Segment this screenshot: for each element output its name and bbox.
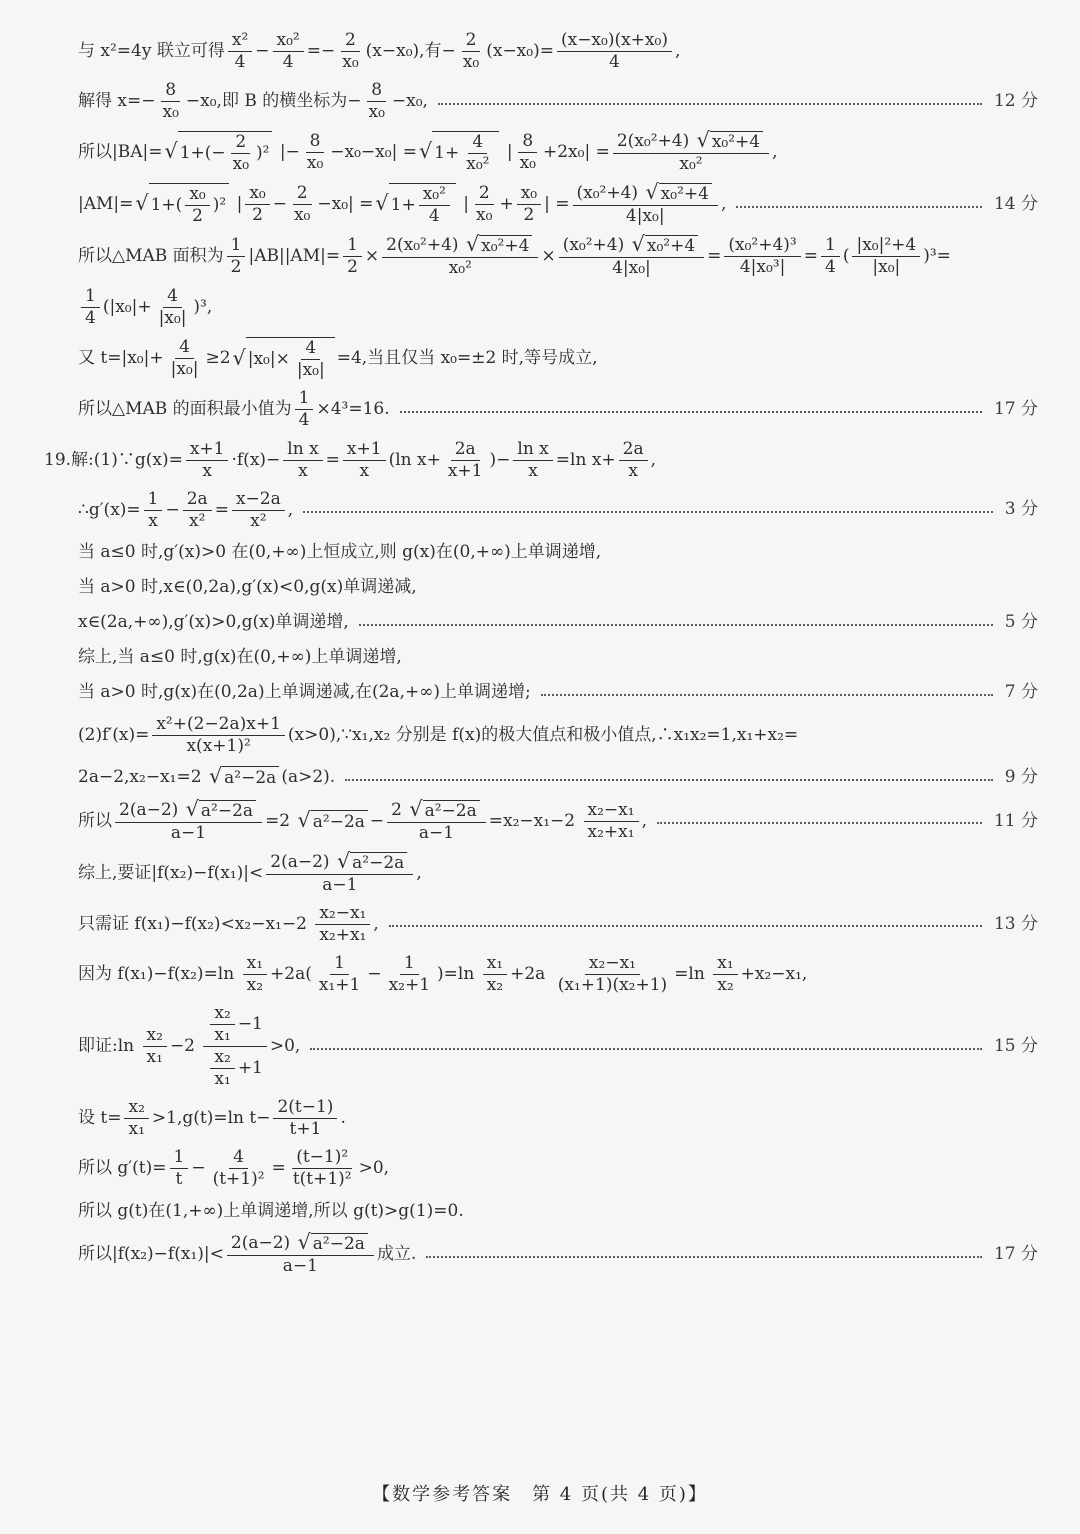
fraction: x₂x₁−1x₂x₁+1	[203, 1004, 266, 1089]
fraction: x²+(2−2a)x+1x(x+1)²	[152, 715, 285, 756]
solution-line: 14(|x₀|+4|x₀|)³,	[78, 287, 1038, 328]
solution-line: 综上,当 a≤0 时,g(x)在(0,+∞)上单调递增,	[78, 645, 1038, 671]
fraction: 2(a−2) √a²−2aa−1	[227, 1233, 374, 1276]
fraction: 1t	[170, 1148, 189, 1189]
solution-line: 所以|f(x₂)−f(x₁)|<2(a−2) √a²−2aa−1成立.17 分	[78, 1233, 1038, 1276]
fraction: x₂−x₁x₂+x₁	[315, 904, 370, 945]
solution-line: 解得 x=−8x₀−x₀,即 B 的横坐标为−8x₀−x₀,12 分	[78, 81, 1038, 122]
score-mark: 12 分	[994, 91, 1038, 112]
fraction: 4(t+1)²	[209, 1148, 269, 1189]
radical: √x₀²+4	[697, 131, 764, 152]
fraction: 14	[81, 287, 100, 328]
solution-line: 又 t=|x₀|+4|x₀|≥2√|x₀|×4|x₀|=4,当且仅当 x₀=±2…	[78, 337, 1038, 380]
solution-line: 所以△MAB 面积为12|AB||AM|=12×2(x₀²+4) √x₀²+4x…	[78, 235, 1038, 278]
solution-line: |AM|=√1+(x₀2)² |x₀2−2x₀−x₀| =√1+x₀²4 |2x…	[78, 183, 1038, 226]
radical: √|x₀|×4|x₀|	[233, 337, 335, 380]
dotted-leader	[438, 103, 982, 105]
fraction: x₀2	[517, 184, 541, 225]
radical-sign-icon: √	[466, 234, 479, 255]
fraction: x₂x₁	[210, 1048, 234, 1089]
fraction: 8x₀	[365, 81, 389, 122]
fraction: x₂−x₁(x₁+1)(x₂+1)	[554, 954, 671, 995]
fraction: x₁x₂	[713, 954, 737, 995]
solution-line: 设 t=x₂x₁>1,g(t)=ln t−2(t−1)t+1.	[78, 1098, 1038, 1139]
fraction: 4|x₀|	[167, 338, 203, 379]
math-expression: 解得 x=−8x₀−x₀,即 B 的横坐标为−8x₀−x₀,	[78, 81, 428, 122]
radical-sign-icon: √	[632, 234, 645, 255]
score-mark: 17 分	[994, 1244, 1038, 1265]
fraction: (x−x₀)(x+x₀)4	[557, 31, 672, 72]
math-expression: 当 a≤0 时,g′(x)>0 在(0,+∞)上恒成立,则 g(x)在(0,+∞…	[78, 542, 601, 563]
radical-sign-icon: √	[209, 766, 222, 787]
radical-sign-icon: √	[233, 347, 246, 368]
fraction: 2(x₀²+4) √x₀²+4x₀²	[613, 131, 769, 174]
fraction: 1x	[144, 490, 163, 531]
math-expression: 当 a>0 时,x∈(0,2a),g′(x)<0,g(x)单调递减,	[78, 577, 417, 598]
fraction: 14	[821, 236, 840, 277]
math-expression: 综上,当 a≤0 时,g(x)在(0,+∞)上单调递增,	[78, 647, 402, 668]
fraction: 2(t−1)t+1	[273, 1098, 337, 1139]
fraction: ln xx	[513, 440, 552, 481]
score-mark: 15 分	[994, 1036, 1038, 1057]
fraction: x²4	[228, 31, 252, 72]
radical: √1+(−2x₀)²	[164, 131, 272, 174]
radical-sign-icon: √	[645, 182, 658, 203]
radical-sign-icon: √	[375, 193, 388, 214]
math-expression: 只需证 f(x₁)−f(x₂)<x₂−x₁−2 x₂−x₁x₂+x₁,	[78, 904, 379, 945]
solution-line: 当 a>0 时,x∈(0,2a),g′(x)<0,g(x)单调递减,	[78, 575, 1038, 601]
solution-line: 2a−2,x₂−x₁=2 √a²−2a(a>2).9 分	[78, 765, 1038, 791]
math-expression: 所以2(a−2) √a²−2aa−1=2 √a²−2a−2 √a²−2aa−1=…	[78, 800, 647, 843]
dotted-leader	[345, 779, 993, 781]
radical-sign-icon: √	[164, 141, 177, 162]
radical: √1+(x₀2)²	[135, 183, 229, 226]
fraction: x₂x₁	[124, 1098, 148, 1139]
fraction: 2x₀	[338, 31, 362, 72]
math-expression: x∈(2a,+∞),g′(x)>0,g(x)单调递增,	[78, 612, 349, 633]
solution-line: 所以 g′(t)=1t−4(t+1)²=(t−1)²t(t+1)²>0,	[78, 1148, 1038, 1189]
radical-sign-icon: √	[135, 193, 148, 214]
dotted-leader	[541, 694, 993, 696]
radical-sign-icon: √	[697, 130, 710, 151]
fraction: (x₀²+4) √x₀²+44|x₀|	[559, 235, 704, 278]
radical-sign-icon: √	[409, 799, 422, 820]
fraction: 8x₀	[303, 132, 327, 173]
math-expression: 与 x²=4y 联立可得x²4−x₀²4=−2x₀(x−x₀),有−2x₀(x−…	[78, 31, 680, 72]
math-expression: 又 t=|x₀|+4|x₀|≥2√|x₀|×4|x₀|=4,当且仅当 x₀=±2…	[78, 337, 598, 380]
fraction: x₂−x₁x₂+x₁	[584, 801, 639, 842]
fraction: 2ax	[619, 440, 648, 481]
fraction: 8x₀	[158, 81, 182, 122]
radical-sign-icon: √	[186, 799, 199, 820]
fraction: 2x₀	[229, 133, 253, 174]
dotted-leader	[389, 925, 982, 927]
fraction: x₀²4	[419, 185, 450, 226]
score-mark: 9 分	[1005, 767, 1038, 788]
math-expression: 2a−2,x₂−x₁=2 √a²−2a(a>2).	[78, 766, 335, 789]
fraction: 1x₂+1	[385, 954, 434, 995]
math-expression: 所以|BA|=√1+(−2x₀)² |−8x₀−x₀−x₀| =√1+4x₀² …	[78, 131, 778, 174]
radical-sign-icon: √	[419, 141, 432, 162]
dotted-leader	[736, 206, 982, 208]
solution-line: 因为 f(x₁)−f(x₂)=ln x₁x₂+2a(1x₁+1−1x₂+1)=l…	[78, 954, 1038, 995]
score-mark: 5 分	[1005, 612, 1038, 633]
math-expression: 所以 g′(t)=1t−4(t+1)²=(t−1)²t(t+1)²>0,	[78, 1148, 389, 1189]
solution-line: 所以△MAB 的面积最小值为14×4³=16.17 分	[78, 389, 1038, 430]
radical: √a²−2a	[409, 800, 479, 821]
dotted-leader	[426, 1256, 982, 1258]
solution-line: 即证:ln x₂x₁−2 x₂x₁−1x₂x₁+1>0,15 分	[78, 1004, 1038, 1089]
fraction: 14	[295, 389, 314, 430]
fraction: 12	[343, 236, 362, 277]
solution-line: 当 a≤0 时,g′(x)>0 在(0,+∞)上恒成立,则 g(x)在(0,+∞…	[78, 540, 1038, 566]
math-expression: 即证:ln x₂x₁−2 x₂x₁−1x₂x₁+1>0,	[78, 1004, 300, 1089]
fraction: |x₀|²+4|x₀|	[852, 236, 920, 277]
solution-line: 19.解:(1)∵g(x)=x+1x·f(x)−ln xx=x+1x(ln x+…	[44, 440, 1038, 481]
fraction: x₂x₁	[143, 1026, 167, 1067]
fraction: x+1x	[186, 440, 229, 481]
fraction: x₀²4	[273, 31, 304, 72]
solution-line: 当 a>0 时,g(x)在(0,2a)上单调递减,在(2a,+∞)上单调递增;7…	[78, 680, 1038, 706]
dotted-leader	[310, 1048, 982, 1050]
fraction: x₁x₂	[483, 954, 507, 995]
fraction: 2x₀	[290, 184, 314, 225]
score-mark: 17 分	[994, 399, 1038, 420]
fraction: 2(x₀²+4) √x₀²+4x₀²	[382, 235, 538, 278]
fraction: 2(a−2) √a²−2aa−1	[115, 800, 262, 843]
math-expression: (2)f′(x)=x²+(2−2a)x+1x(x+1)²(x>0),∵x₁,x₂…	[78, 715, 798, 756]
solution-line: 所以 g(t)在(1,+∞)上单调递增,所以 g(t)>g(1)=0.	[78, 1198, 1038, 1224]
fraction: x₀2	[245, 184, 269, 225]
radical: √1+x₀²4	[375, 183, 456, 226]
fraction: 8x₀	[516, 132, 540, 173]
radical: √x₀²+4	[466, 235, 533, 256]
score-mark: 13 分	[994, 914, 1038, 935]
fraction: x₂x₁	[210, 1004, 234, 1045]
radical: √a²−2a	[298, 810, 368, 833]
fraction: 2x₀	[459, 31, 483, 72]
math-expression: 所以△MAB 面积为12|AB||AM|=12×2(x₀²+4) √x₀²+4x…	[78, 235, 951, 278]
math-expression: 所以|f(x₂)−f(x₁)|<2(a−2) √a²−2aa−1成立.	[78, 1233, 416, 1276]
fraction: x₁x₂	[243, 954, 267, 995]
fraction: 2ax²	[183, 490, 212, 531]
solution-line: x∈(2a,+∞),g′(x)>0,g(x)单调递增,5 分	[78, 610, 1038, 636]
fraction: 2x₀	[472, 184, 496, 225]
solution-lines: 与 x²=4y 联立可得x²4−x₀²4=−2x₀(x−x₀),有−2x₀(x−…	[78, 31, 1038, 1276]
score-mark: 3 分	[1005, 499, 1038, 520]
radical-sign-icon: √	[337, 851, 350, 872]
fraction: (x₀²+4)³4|x₀³|	[724, 236, 800, 277]
dotted-leader	[400, 411, 982, 413]
fraction: (t−1)²t(t+1)²	[289, 1148, 356, 1189]
math-expression: 19.解:(1)∵g(x)=x+1x·f(x)−ln xx=x+1x(ln x+…	[44, 440, 656, 481]
solution-line: 所以2(a−2) √a²−2aa−1=2 √a²−2a−2 √a²−2aa−1=…	[78, 800, 1038, 843]
math-expression: 综上,要证|f(x₂)−f(x₁)|<2(a−2) √a²−2aa−1,	[78, 852, 422, 895]
math-expression: 14(|x₀|+4|x₀|)³,	[78, 287, 212, 328]
math-expression: |AM|=√1+(x₀2)² |x₀2−2x₀−x₀| =√1+x₀²4 |2x…	[78, 183, 726, 226]
fraction: 2(a−2) √a²−2aa−1	[266, 852, 413, 895]
radical: √1+4x₀²	[419, 131, 500, 174]
page-footer: 【数学参考答案 第 4 页(共 4 页)】	[0, 1480, 1080, 1506]
radical: √a²−2a	[209, 766, 279, 789]
math-expression: ∴g′(x)=1x−2ax²=x−2ax²,	[78, 490, 293, 531]
score-mark: 14 分	[994, 194, 1038, 215]
math-expression: 所以△MAB 的面积最小值为14×4³=16.	[78, 389, 390, 430]
fraction: x+1x	[343, 440, 386, 481]
fraction: (x₀²+4) √x₀²+44|x₀|	[573, 183, 718, 226]
radical: √a²−2a	[337, 852, 407, 873]
radical: √a²−2a	[298, 1233, 368, 1254]
fraction: x₀2	[185, 185, 209, 226]
fraction: 1x₁+1	[315, 954, 364, 995]
score-mark: 7 分	[1005, 682, 1038, 703]
solution-line: (2)f′(x)=x²+(2−2a)x+1x(x+1)²(x>0),∵x₁,x₂…	[78, 715, 1038, 756]
dotted-leader	[359, 624, 993, 626]
radical-sign-icon: √	[298, 1232, 311, 1253]
solution-line: 所以|BA|=√1+(−2x₀)² |−8x₀−x₀−x₀| =√1+4x₀² …	[78, 131, 1038, 174]
fraction: 2ax+1	[444, 440, 487, 481]
score-mark: 11 分	[994, 811, 1038, 832]
solution-line: 综上,要证|f(x₂)−f(x₁)|<2(a−2) √a²−2aa−1,	[78, 852, 1038, 895]
fraction: 4x₀²	[462, 133, 493, 174]
math-expression: 当 a>0 时,g(x)在(0,2a)上单调递减,在(2a,+∞)上单调递增;	[78, 682, 531, 703]
solution-line: 只需证 f(x₁)−f(x₂)<x₂−x₁−2 x₂−x₁x₂+x₁,13 分	[78, 904, 1038, 945]
math-expression: 所以 g(t)在(1,+∞)上单调递增,所以 g(t)>g(1)=0.	[78, 1201, 464, 1222]
solution-line: 与 x²=4y 联立可得x²4−x₀²4=−2x₀(x−x₀),有−2x₀(x−…	[78, 31, 1038, 72]
answer-sheet-page: { "page": { "colors": { "background": "#…	[0, 0, 1080, 1534]
dotted-leader	[303, 511, 993, 513]
math-expression: 因为 f(x₁)−f(x₂)=ln x₁x₂+2a(1x₁+1−1x₂+1)=l…	[78, 954, 807, 995]
solution-line: ∴g′(x)=1x−2ax²=x−2ax²,3 分	[78, 490, 1038, 531]
fraction: ln xx	[283, 440, 322, 481]
radical: √x₀²+4	[632, 235, 699, 256]
math-expression: 设 t=x₂x₁>1,g(t)=ln t−2(t−1)t+1.	[78, 1098, 346, 1139]
fraction: x−2ax²	[232, 490, 285, 531]
fraction: 2 √a²−2aa−1	[387, 800, 486, 843]
radical: √a²−2a	[186, 800, 256, 821]
fraction: 4|x₀|	[293, 339, 329, 380]
fraction: 12	[227, 236, 246, 277]
radical: √x₀²+4	[645, 183, 712, 204]
radical-sign-icon: √	[298, 810, 311, 831]
fraction: 4|x₀|	[155, 287, 191, 328]
dotted-leader	[657, 822, 982, 824]
